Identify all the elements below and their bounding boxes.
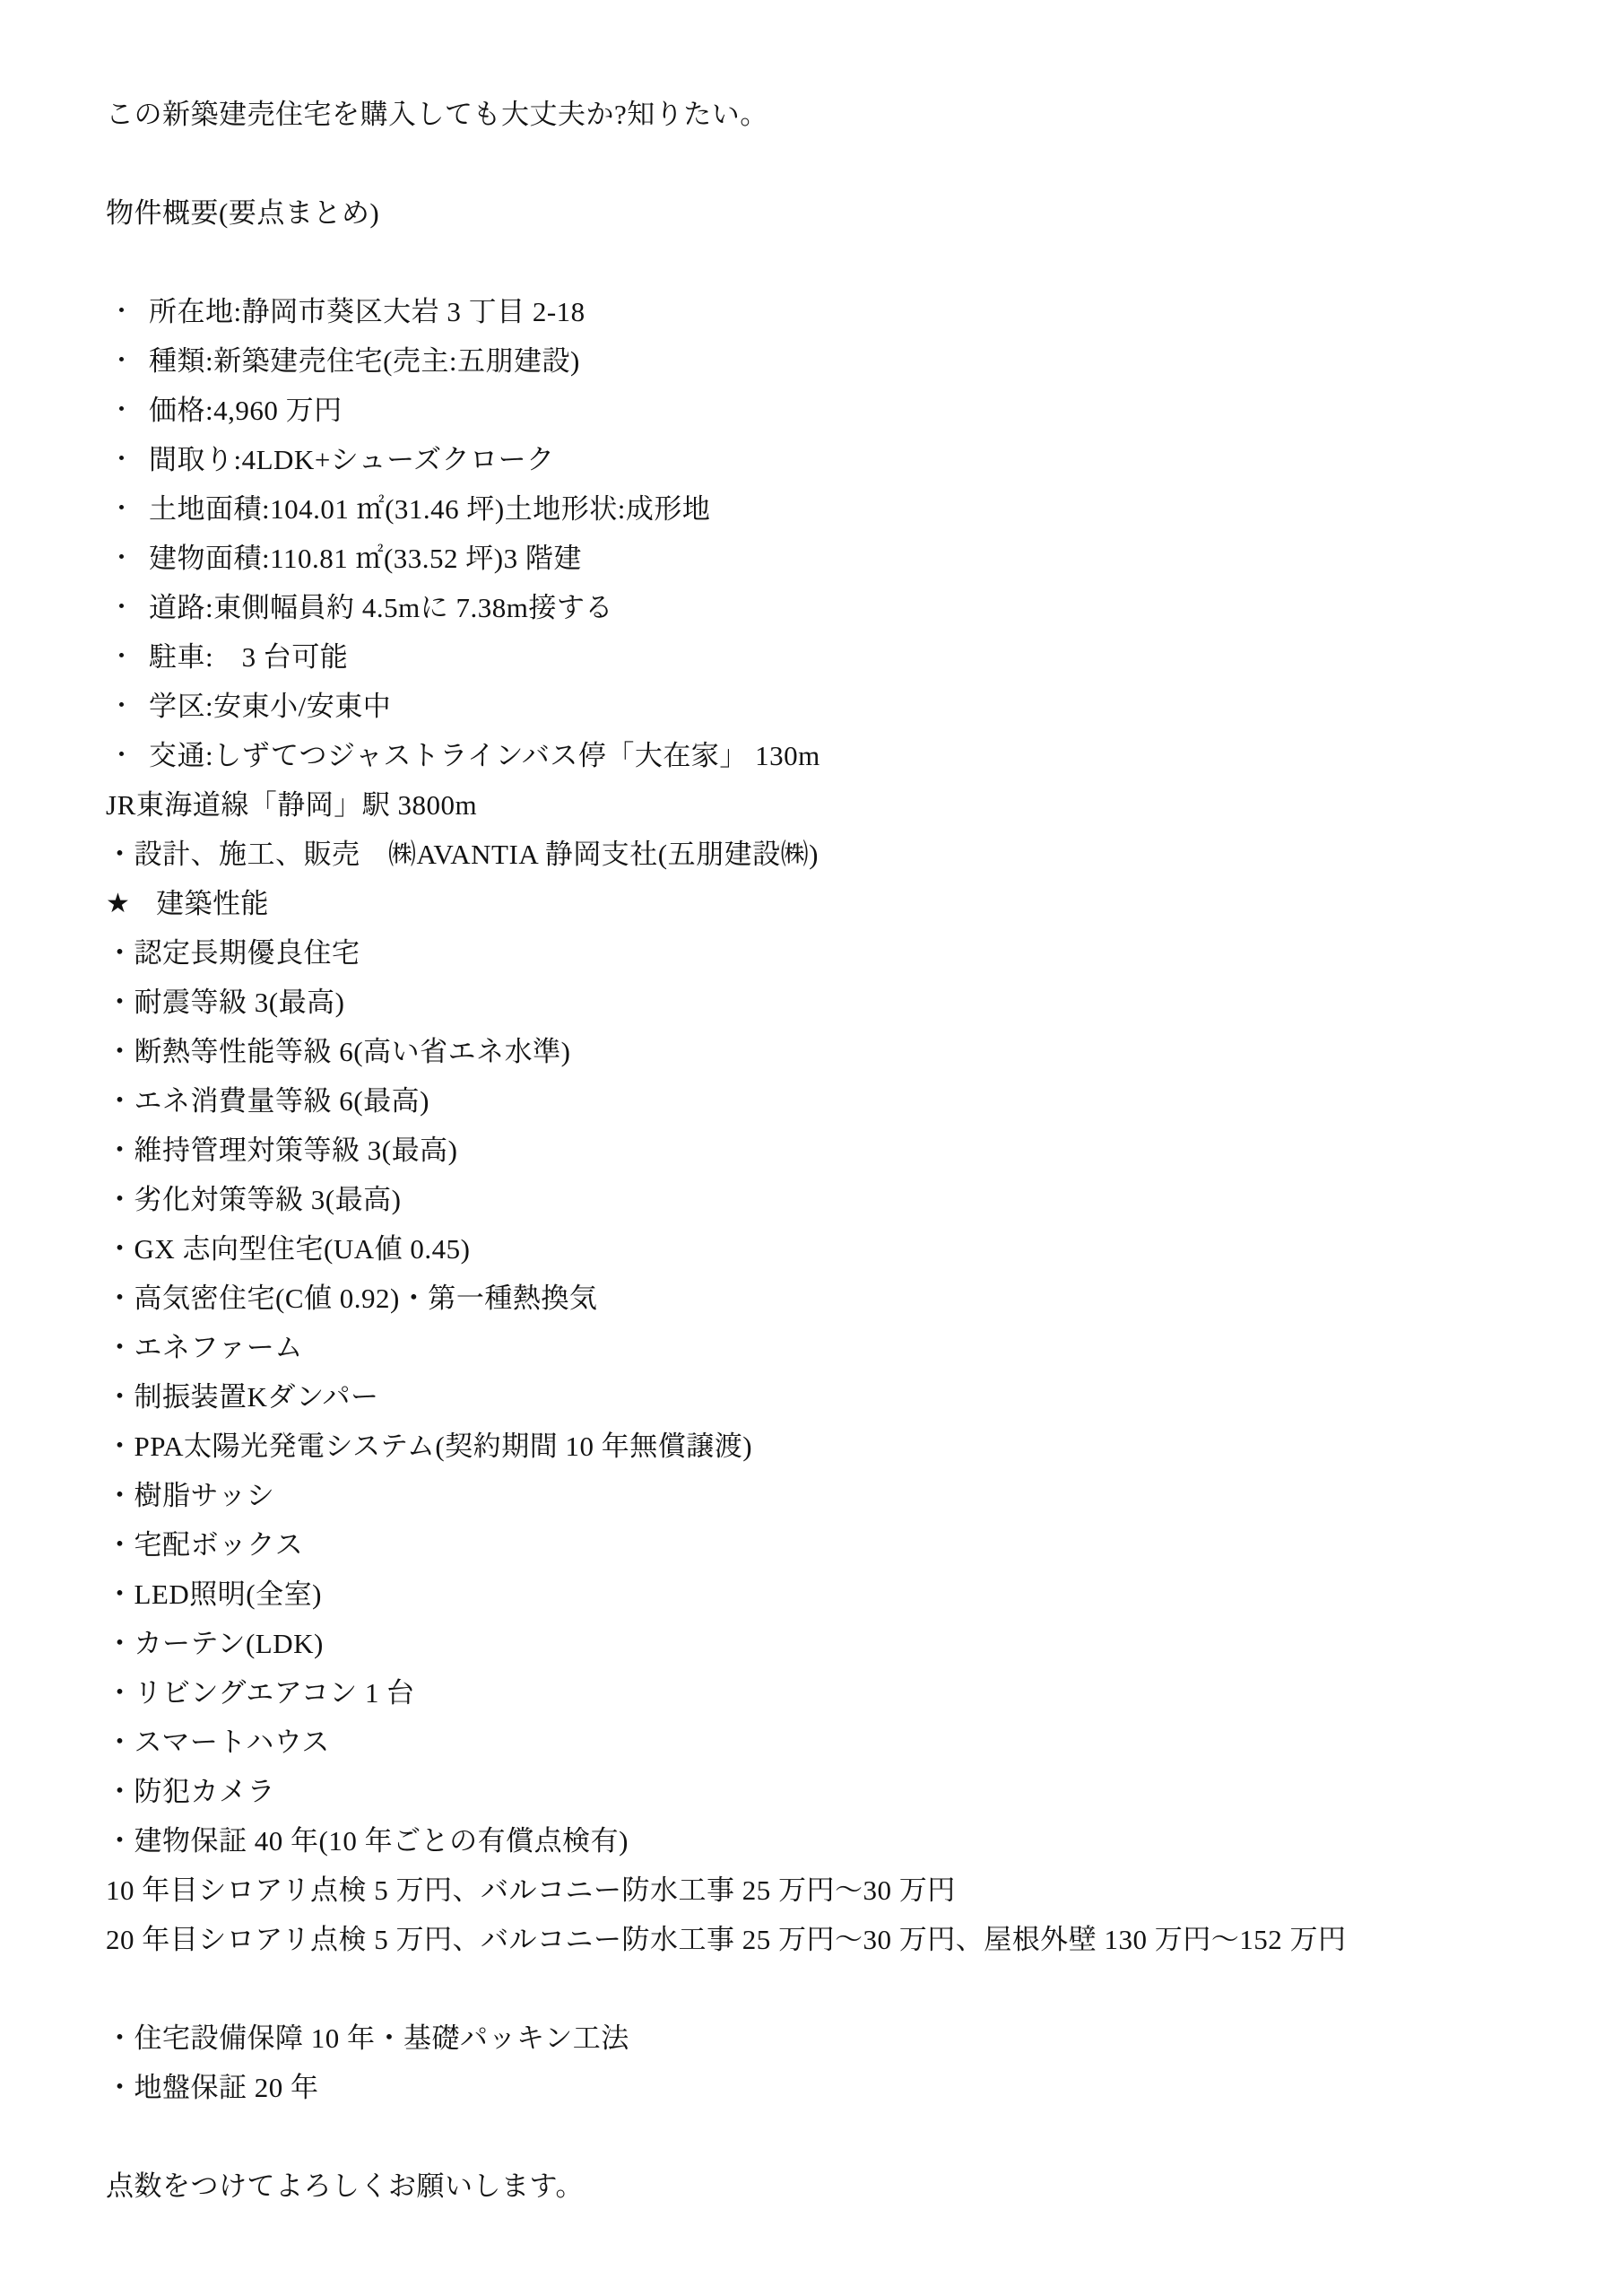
performance-item-airtight-house: ・高気密住宅(C値 0.92)・第一種熱換気 <box>106 1274 1576 1323</box>
blank-line <box>106 238 1576 287</box>
warranty-item-equipment: ・住宅設備保障 10 年・基礎パッキン工法 <box>106 2013 1576 2063</box>
performance-item-energy-consumption-grade: ・エネ消費量等級 6(最高) <box>106 1076 1576 1126</box>
overview-item-school-district: ・ 学区:安東小/安東中 <box>106 682 1576 731</box>
performance-item-deterioration-grade: ・劣化対策等級 3(最高) <box>106 1175 1576 1224</box>
closing-request-line: 点数をつけてよろしくお願いします。 <box>106 2161 1576 2211</box>
performance-item-maintenance-grade: ・維持管理対策等級 3(最高) <box>106 1126 1576 1175</box>
bullet-icon: ・ <box>106 336 149 386</box>
overview-item-text: 駐車: 3 台可能 <box>149 632 348 682</box>
performance-item-gx-house: ・GX 志向型住宅(UA値 0.45) <box>106 1224 1576 1274</box>
document-body: この新築建売住宅を購入しても大丈夫か?知りたい。 物件概要(要点まとめ) ・ 所… <box>106 90 1576 2211</box>
overview-item-parking: ・ 駐車: 3 台可能 <box>106 632 1576 682</box>
bullet-icon: ・ <box>106 632 149 682</box>
overview-item-text: 道路:東側幅員約 4.5mに 7.38m接する <box>149 583 613 632</box>
performance-item-enefarm: ・エネファーム <box>106 1323 1576 1372</box>
overview-item-type: ・ 種類:新築建売住宅(売主:五朋建設) <box>106 336 1576 386</box>
maintenance-cost-line-20yr: 20 年目シロアリ点検 5 万円、バルコニー防水工事 25 万円〜30 万円、屋… <box>106 1915 1576 1964</box>
bullet-icon: ・ <box>106 435 149 484</box>
transit-continuation-line: JR東海道線「静岡」駅 3800m <box>106 780 1576 830</box>
bullet-icon: ・ <box>106 534 149 583</box>
bullet-icon: ・ <box>106 583 149 632</box>
performance-item-certified-long-term: ・認定長期優良住宅 <box>106 928 1576 978</box>
overview-item-text: 所在地:静岡市葵区大岩 3 丁目 2-18 <box>149 287 585 336</box>
performance-item-curtains: ・カーテン(LDK) <box>106 1619 1576 1668</box>
overview-item-text: 土地面積:104.01 ㎡(31.46 坪)土地形状:成形地 <box>149 484 710 534</box>
performance-item-smart-house: ・スマートハウス <box>106 1718 1576 1767</box>
overview-item-location: ・ 所在地:静岡市葵区大岩 3 丁目 2-18 <box>106 287 1576 336</box>
overview-item-price: ・ 価格:4,960 万円 <box>106 386 1576 435</box>
bullet-icon: ・ <box>106 682 149 731</box>
warranty-item-ground: ・地盤保証 20 年 <box>106 2063 1576 2112</box>
performance-item-building-warranty: ・建物保証 40 年(10 年ごとの有償点検有) <box>106 1816 1576 1865</box>
bullet-icon: ・ <box>106 386 149 435</box>
blank-line <box>106 139 1576 188</box>
overview-item-transit: ・ 交通:しずてつジャストラインバス停「大在家」 130m <box>106 731 1576 780</box>
overview-item-text: 価格:4,960 万円 <box>149 386 343 435</box>
document-page: { "chars": { "bullet": "・", "star": "★" … <box>0 0 1622 2296</box>
overview-item-building-area: ・ 建物面積:110.81 ㎡(33.52 坪)3 階建 <box>106 534 1576 583</box>
performance-item-seismic-grade: ・耐震等級 3(最高) <box>106 978 1576 1027</box>
bullet-icon: ・ <box>106 287 149 336</box>
performance-heading-label: 建築性能 <box>156 879 269 928</box>
overview-item-text: 学区:安東小/安東中 <box>149 682 391 731</box>
overview-item-land-area: ・ 土地面積:104.01 ㎡(31.46 坪)土地形状:成形地 <box>106 484 1576 534</box>
performance-item-resin-sash: ・樹脂サッシ <box>106 1471 1576 1520</box>
performance-item-insulation-grade: ・断熱等性能等級 6(高い省エネ水準) <box>106 1027 1576 1076</box>
overview-item-text: 間取り:4LDK+シューズクローク <box>149 435 555 484</box>
design-construction-sales-line: ・設計、施工、販売 ㈱AVANTIA 静岡支社(五朋建設㈱) <box>106 830 1576 879</box>
overview-item-text: 建物面積:110.81 ㎡(33.52 坪)3 階建 <box>149 534 582 583</box>
bullet-icon: ・ <box>106 484 149 534</box>
performance-item-ppa-solar: ・PPA太陽光発電システム(契約期間 10 年無償譲渡) <box>106 1422 1576 1471</box>
blank-line <box>106 1964 1576 2013</box>
performance-item-delivery-box: ・宅配ボックス <box>106 1520 1576 1570</box>
overview-item-floorplan: ・ 間取り:4LDK+シューズクローク <box>106 435 1576 484</box>
performance-item-k-damper: ・制振装置Kダンパー <box>106 1372 1576 1422</box>
performance-item-security-camera: ・防犯カメラ <box>106 1767 1576 1816</box>
overview-item-road: ・ 道路:東側幅員約 4.5mに 7.38m接する <box>106 583 1576 632</box>
performance-section-heading: ★ 建築性能 <box>106 879 1576 928</box>
maintenance-cost-line-10yr: 10 年目シロアリ点検 5 万円、バルコニー防水工事 25 万円〜30 万円 <box>106 1865 1576 1915</box>
section-heading-overview: 物件概要(要点まとめ) <box>106 188 1576 238</box>
performance-item-living-aircon: ・リビングエアコン 1 台 <box>106 1668 1576 1718</box>
performance-item-led-lighting: ・LED照明(全室) <box>106 1570 1576 1619</box>
intro-question-line: この新築建売住宅を購入しても大丈夫か?知りたい。 <box>106 90 1576 139</box>
star-icon: ★ <box>106 879 156 928</box>
blank-line <box>106 2112 1576 2161</box>
overview-item-text: 種類:新築建売住宅(売主:五朋建設) <box>149 336 580 386</box>
bullet-icon: ・ <box>106 731 149 780</box>
overview-item-text: 交通:しずてつジャストラインバス停「大在家」 130m <box>149 731 820 780</box>
